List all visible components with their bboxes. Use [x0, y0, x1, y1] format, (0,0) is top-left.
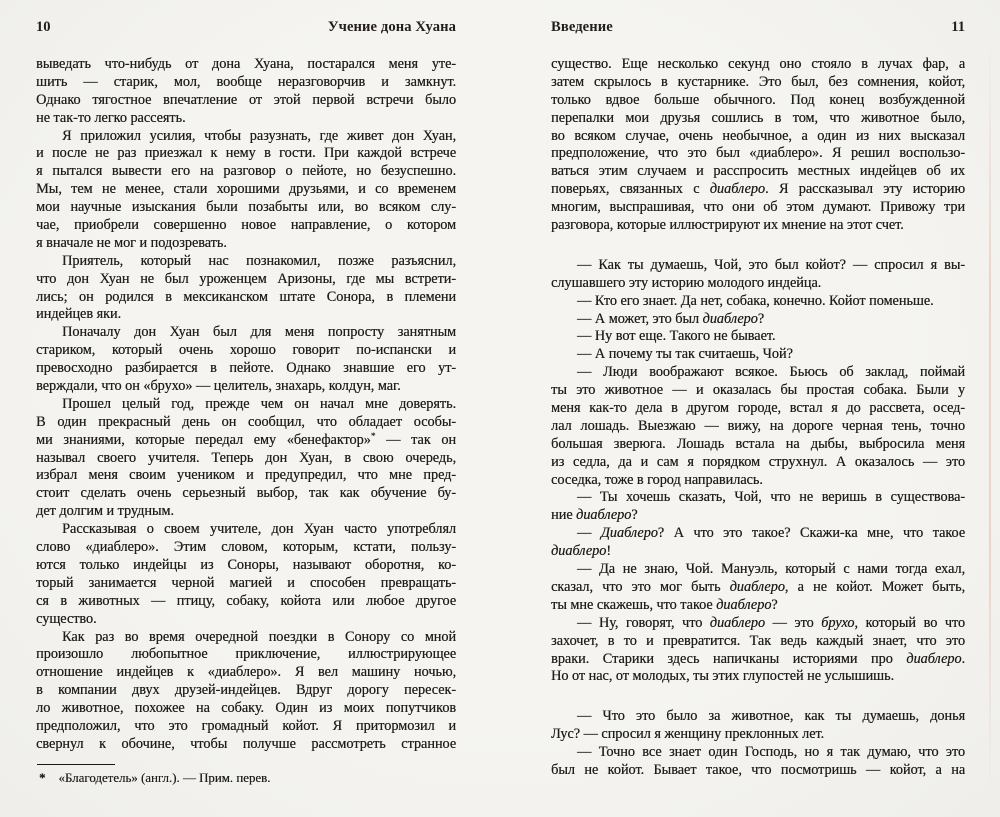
text-segment: я пытался вывести его на разговор о пейо…: [36, 163, 456, 179]
running-head-left: Учение дона Хуана: [328, 19, 456, 36]
right-running-header: Введение 11: [551, 19, 965, 37]
text-line: из седла, да и сам я порядком струхнул. …: [551, 454, 965, 472]
text-segment: ?: [758, 311, 764, 327]
text-line: произошло любопытное приключение, иллюст…: [36, 646, 456, 664]
page-number-left: 10: [36, 19, 51, 36]
text-segment: — Что это было за животное, как ты думае…: [577, 708, 965, 724]
text-line: называл своего учителя. Теперь дон Хуан,…: [36, 450, 456, 468]
paragraph: — А может, это был диаблеро?: [551, 311, 965, 329]
text-segment: — Как ты думаешь, Чой, это был койот? — …: [577, 257, 965, 273]
text-line: индейцев яки.: [36, 306, 456, 324]
paragraph: — Ты хочешь сказать, Чой, что не веришь …: [551, 489, 965, 525]
text-line: — Да не знаю, Чой. Мануэль, который с на…: [551, 561, 965, 579]
text-line: поверьях, связанных с диаблеро. Я расска…: [551, 181, 965, 199]
text-line: верждали, что он «брухо» — целитель, зна…: [36, 378, 456, 396]
text-line: лал лошадь. Выезжаю — вижу, на дороге че…: [551, 418, 965, 436]
text-segment: ты это животное — и оказалась бы простая…: [551, 382, 965, 398]
text-line: — Диаблеро? А что это такое? Скажи-ка мн…: [551, 525, 965, 543]
text-segment: .: [961, 651, 965, 667]
text-line: мои научные изыскания были позабыты или,…: [36, 199, 456, 217]
text-segment: что дон Хуан не был уроженцем Аризоны, г…: [36, 271, 456, 287]
text-segment: многим, выспрашивая, что они об этом дум…: [551, 199, 965, 215]
footnote-marker: *: [36, 771, 58, 785]
text-line: Мы, тем не менее, стали хорошими друзьям…: [36, 181, 456, 199]
text-segment: большая зверюга. Лошадь встала на дыбы, …: [551, 436, 965, 452]
text-line: соседка, тоже в город направилась.: [551, 472, 965, 490]
text-segment: выведать что-нибудь от дона Хуана, поста…: [36, 56, 456, 72]
paragraph: — Ну, говорят, что диаблеро — это брухо,…: [551, 615, 965, 687]
text-segment: диаблеро: [710, 181, 765, 197]
text-line: — А может, это был диаблеро?: [551, 311, 965, 329]
text-line: ми знаниями, которые передал ему «бенефа…: [36, 432, 456, 450]
text-segment: — Да не знаю, Чой. Мануэль, который с на…: [577, 561, 965, 577]
paragraph: — Точно все знает один Господь, но я так…: [551, 744, 965, 780]
text-segment: — А почему ты так считаешь, Чой?: [577, 346, 793, 362]
text-segment: В один прекрасный день он сообщил, что о…: [36, 414, 456, 430]
right-page-body: существо. Еще несколько секунд оно стоял…: [551, 56, 965, 780]
text-segment: меня как-то дела в другом городе, встал …: [551, 400, 965, 416]
text-segment: соседка, тоже в город направилась.: [551, 472, 763, 488]
text-segment: Прошел целый год, прежде чем он начал мн…: [62, 396, 456, 412]
text-segment: диаблеро: [716, 597, 771, 613]
text-segment: поверьях, связанных с: [551, 181, 710, 197]
text-line: существо.: [36, 611, 456, 629]
text-line: только вдвое больше обычного. Под конец …: [551, 92, 965, 110]
text-segment: предположил, что это громадный койот. Я …: [36, 718, 456, 734]
text-line: отношение индейцев к «диаблеро». Я вел м…: [36, 664, 456, 682]
text-segment: в компании двух друзей-индейцев. Вдруг д…: [36, 682, 456, 698]
text-segment: (англ.). —: [138, 771, 199, 785]
text-segment: перепалки мои друзья сошлись в том, что …: [551, 110, 965, 126]
text-segment: разговора, которые иллюстрируют их мнени…: [551, 217, 904, 233]
text-segment: диаблеро: [730, 579, 785, 595]
text-line: существо. Еще несколько секунд оно стоял…: [551, 56, 965, 74]
text-line: — Ну вот еще. Такого не бывает.: [551, 328, 965, 346]
text-line: ся в животных — птицу, собаку, койота ил…: [36, 593, 456, 611]
text-line: не так-то легко рассеять.: [36, 110, 456, 128]
text-line: ются только индейцы из Соноры, называют …: [36, 557, 456, 575]
text-segment: — Точно все знает один Господь, но я так…: [577, 744, 965, 760]
text-segment: . Я рассказывал эту историю: [765, 181, 965, 197]
footnote-body: «Благодетель» (англ.). — Прим. перев.: [58, 771, 270, 785]
text-segment: — А может, это был: [577, 311, 703, 327]
text-segment: существо. Еще несколько секунд оно стоял…: [551, 56, 965, 72]
page-number-right: 11: [951, 19, 965, 36]
text-line: затем скрылось в кустарнике. Это был, бе…: [551, 74, 965, 92]
text-segment: произошло любопытное приключение, иллюст…: [36, 646, 456, 662]
text-line: ты это животное — и оказалась бы простая…: [551, 382, 965, 400]
text-line: — Кто его знает. Да нет, собака, конечно…: [551, 293, 965, 311]
text-line: стариком, который очень хорошо говорит п…: [36, 342, 456, 360]
text-line: Приятель, который нас познакомил, позже …: [36, 253, 456, 271]
text-line: Прошел целый год, прежде чем он начал мн…: [36, 396, 456, 414]
text-segment: — так он: [375, 432, 456, 448]
text-segment: слушавшего эту историю молодого индейца.: [551, 275, 821, 291]
text-line: Как раз во время очередной поездки в Сон…: [36, 629, 456, 647]
paragraph: — А почему ты так считаешь, Чой?: [551, 346, 965, 364]
right-page: Введение 11 существо. Еще несколько секу…: [551, 0, 965, 817]
paragraph: Как раз во время очередной поездки в Сон…: [36, 629, 456, 754]
text-segment: индейцев яки.: [36, 306, 121, 322]
text-segment: Но от нас, от молодых, ты этих глупостей…: [551, 668, 894, 684]
text-line: выведать что-нибудь от дона Хуана, поста…: [36, 56, 456, 74]
text-line: что дон Хуан не был уроженцем Аризоны, г…: [36, 271, 456, 289]
text-line: Но от нас, от молодых, ты этих глупостей…: [551, 668, 965, 686]
text-line: разговора, которые иллюстрируют их мнени…: [551, 217, 965, 235]
text-segment: я вначале не мог и подозревать.: [36, 235, 227, 251]
text-line: захочет, в то и превратится. Так ведь ка…: [551, 633, 965, 651]
text-segment: — Ну, говорят, что: [577, 615, 710, 631]
text-segment: существо.: [36, 611, 97, 627]
text-line: Лус? — спросил я женщину преклонных лет.: [551, 726, 965, 744]
text-line: Поначалу дон Хуан был для меня попросту …: [36, 324, 456, 342]
text-segment: слово «диаблеро». Этим словом, которым, …: [36, 539, 456, 555]
text-line: слово «диаблеро». Этим словом, которым, …: [36, 539, 456, 557]
text-segment: ло животное, похожее на собаку. Один из …: [36, 700, 456, 716]
text-line: враки. Старики здесь напичканы историями…: [551, 651, 965, 669]
text-segment: и после не раз приезжал к нему в гости. …: [36, 145, 456, 161]
text-segment: отношение индейцев к «диаблеро». Я вел м…: [36, 664, 456, 680]
text-segment: только вдвое больше обычного. Под конец …: [551, 92, 965, 108]
text-line: Однако тягостное впечатление от этой пер…: [36, 92, 456, 110]
text-line: ты мне скажешь, что такое диаблеро?: [551, 597, 965, 615]
text-segment: диаблеро: [906, 651, 961, 667]
text-segment: диаблеро: [576, 507, 631, 523]
text-line: — Ты хочешь сказать, Чой, что не веришь …: [551, 489, 965, 507]
text-line: торый занимается черной магией и способе…: [36, 575, 456, 593]
text-segment: стариком, который очень хорошо говорит п…: [36, 342, 456, 358]
paragraph: — Ну вот еще. Такого не бывает.: [551, 328, 965, 346]
text-segment: свернул к обочине, чтобы получше рассмот…: [36, 736, 456, 752]
text-segment: из седла, да и сам я порядком струхнул. …: [551, 454, 965, 470]
text-line: меня как-то дела в другом городе, встал …: [551, 400, 965, 418]
text-line: я пытался вывести его на разговор о пейо…: [36, 163, 456, 181]
text-segment: ются только индейцы из Соноры, называют …: [36, 557, 456, 573]
running-head-right: Введение: [551, 19, 613, 36]
paragraph: — Как ты думаешь, Чой, это был койот? — …: [551, 257, 965, 293]
text-line: был не койот. Бывает такое, что посмотри…: [551, 762, 965, 780]
text-segment: Однако тягостное впечатление от этой пер…: [36, 92, 456, 108]
scan-edge-artifact: [989, 0, 991, 817]
text-line: — Как ты думаешь, Чой, это был койот? — …: [551, 257, 965, 275]
text-line: сказал, что это мог быть диаблеро, а не …: [551, 579, 965, 597]
text-segment: — Люди воображают всякое. Бьюсь об закла…: [577, 364, 965, 380]
paragraph: Рассказывая о своем учителе, дон Хуан ча…: [36, 521, 456, 628]
text-segment: сказал, что это мог быть: [551, 579, 730, 595]
text-line: ло животное, похожее на собаку. Один из …: [36, 700, 456, 718]
text-segment: , а не койот. Может быть,: [785, 579, 965, 595]
text-segment: ние: [551, 507, 576, 523]
text-line: чае, приобрели совершенно новое направле…: [36, 217, 456, 235]
text-segment: Как раз во время очередной поездки в Сон…: [62, 629, 456, 645]
text-line: — Ну, говорят, что диаблеро — это брухо,…: [551, 615, 965, 633]
text-segment: Я приложил усилия, чтобы разузнать, где …: [62, 128, 456, 144]
text-line: свернул к обочине, чтобы получше рассмот…: [36, 736, 456, 754]
footnote-text: *«Благодетель» (англ.). — Прим. перев.: [36, 770, 456, 786]
text-line: перепалки мои друзья сошлись в том, что …: [551, 110, 965, 128]
text-segment: стоит сделать очень серьезный выбор, так…: [36, 485, 456, 501]
text-line: превосходно разбирается в пейоте. Однако…: [36, 360, 456, 378]
text-line: предположение, что это был «диаблеро». Я…: [551, 145, 965, 163]
footnote-rule: [37, 764, 115, 765]
paragraph: — Диаблеро? А что это такое? Скажи-ка мн…: [551, 525, 965, 561]
text-line: ваться этим случаем и расспросить местны…: [551, 163, 965, 181]
text-segment: ваться этим случаем и расспросить местны…: [551, 163, 965, 179]
text-segment: ми знаниями, которые передал ему «бенефа…: [36, 432, 371, 448]
text-segment: — Ты хочешь сказать, Чой, что не веришь …: [577, 489, 965, 505]
text-segment: !: [606, 543, 611, 559]
text-line: слушавшего эту историю молодого индейца.: [551, 275, 965, 293]
text-segment: дет долгим и трудным.: [36, 503, 174, 519]
text-line: шить — старик, мол, вообще неразговорчив…: [36, 74, 456, 92]
text-segment: Рассказывая о своем учителе, дон Хуан ча…: [62, 521, 456, 537]
text-segment: Поначалу дон Хуан был для меня попросту …: [62, 324, 456, 340]
paragraph: выведать что-нибудь от дона Хуана, поста…: [36, 56, 456, 128]
text-segment: не так-то легко рассеять.: [36, 110, 186, 126]
text-line: — Что это было за животное, как ты думае…: [551, 708, 965, 726]
text-segment: во всяком случае, очень необычное, а оди…: [551, 128, 965, 144]
paragraph: Я приложил усилия, чтобы разузнать, где …: [36, 128, 456, 253]
text-line: ние диаблеро?: [551, 507, 965, 525]
left-running-header: 10 Учение дона Хуана: [36, 19, 456, 37]
text-segment: — это: [765, 615, 821, 631]
left-page-body: выведать что-нибудь от дона Хуана, поста…: [36, 56, 456, 754]
text-line: Рассказывая о своем учителе, дон Хуан ча…: [36, 521, 456, 539]
text-line: В один прекрасный день он сообщил, что о…: [36, 414, 456, 432]
paragraph: Прошел целый год, прежде чем он начал мн…: [36, 396, 456, 521]
text-segment: ся в животных — птицу, собаку, койота ил…: [36, 593, 456, 609]
text-segment: Диаблеро: [601, 525, 658, 541]
text-line: — А почему ты так считаешь, Чой?: [551, 346, 965, 364]
text-segment: называл своего учителя. Теперь дон Хуан,…: [36, 450, 456, 466]
text-segment: затем скрылось в кустарнике. Это был, бе…: [551, 74, 965, 90]
text-segment: брухо: [821, 615, 854, 631]
text-line: лись; он родился в мексиканском штате Со…: [36, 289, 456, 307]
text-segment: ?: [771, 597, 777, 613]
text-segment: диаблеро: [551, 543, 606, 559]
text-segment: лал лошадь. Выезжаю — вижу, на дороге че…: [551, 418, 965, 434]
text-line: избрал меня своим учеником и предупредил…: [36, 467, 456, 485]
paragraph: — Люди воображают всякое. Бьюсь об закла…: [551, 364, 965, 489]
text-segment: Мы, тем не менее, стали хорошими друзьям…: [36, 181, 456, 197]
text-line: во всяком случае, очень необычное, а оди…: [551, 128, 965, 146]
text-segment: захочет, в то и превратится. Так ведь ка…: [551, 633, 965, 649]
text-segment: избрал меня своим учеником и предупредил…: [36, 467, 456, 483]
paragraph: Приятель, который нас познакомил, позже …: [36, 253, 456, 325]
text-segment: лись; он родился в мексиканском штате Со…: [36, 289, 456, 305]
text-line: диаблеро!: [551, 543, 965, 561]
text-line: — Люди воображают всякое. Бьюсь об закла…: [551, 364, 965, 382]
text-segment: ты мне скажешь, что такое: [551, 597, 716, 613]
text-segment: Приятель, который нас познакомил, позже …: [62, 253, 456, 269]
text-segment: торый занимается черной магией и способе…: [36, 575, 456, 591]
text-line: я вначале не мог и подозревать.: [36, 235, 456, 253]
text-segment: превосходно разбирается в пейоте. Однако…: [36, 360, 456, 376]
paragraph: существо. Еще несколько секунд оно стоял…: [551, 56, 965, 235]
text-segment: верждали, что он «брухо» — целитель, зна…: [36, 378, 401, 394]
text-segment: , который во что: [854, 615, 965, 631]
text-segment: шить — старик, мол, вообще неразговорчив…: [36, 74, 456, 90]
text-segment: мои научные изыскания были позабыты или,…: [36, 199, 456, 215]
paragraph: Поначалу дон Хуан был для меня попросту …: [36, 324, 456, 396]
text-segment: диаблеро: [710, 615, 765, 631]
text-segment: предположение, что это был «диаблеро». Я…: [551, 145, 965, 161]
text-segment: чае, приобрели совершенно новое направле…: [36, 217, 456, 233]
paragraph: — Да не знаю, Чой. Мануэль, который с на…: [551, 561, 965, 615]
text-segment: Прим. перев.: [199, 771, 270, 785]
footnote: *«Благодетель» (англ.). — Прим. перев.: [36, 764, 456, 786]
paragraph: — Кто его знает. Да нет, собака, конечно…: [551, 293, 965, 311]
text-line: — Точно все знает один Господь, но я так…: [551, 744, 965, 762]
text-line: в компании двух друзей-индейцев. Вдруг д…: [36, 682, 456, 700]
text-line: многим, выспрашивая, что они об этом дум…: [551, 199, 965, 217]
text-segment: Лус? — спросил я женщину преклонных лет.: [551, 726, 824, 742]
text-line: и после не раз приезжал к нему в гости. …: [36, 145, 456, 163]
text-segment: — Ну вот еще. Такого не бывает.: [577, 328, 775, 344]
left-page: 10 Учение дона Хуана выведать что-нибудь…: [36, 0, 456, 817]
text-segment: враки. Старики здесь напичканы историями…: [551, 651, 906, 667]
text-line: большая зверюга. Лошадь встала на дыбы, …: [551, 436, 965, 454]
text-segment: — Кто его знает. Да нет, собака, конечно…: [577, 293, 934, 309]
text-segment: был не койот. Бывает такое, что посмотри…: [551, 762, 965, 778]
text-segment: ?: [631, 507, 637, 523]
text-line: предположил, что это громадный койот. Я …: [36, 718, 456, 736]
text-segment: диаблеро: [703, 311, 758, 327]
text-segment: «Благодетель»: [58, 771, 137, 785]
text-line: Я приложил усилия, чтобы разузнать, где …: [36, 128, 456, 146]
text-line: стоит сделать очень серьезный выбор, так…: [36, 485, 456, 503]
text-segment: —: [577, 525, 601, 541]
text-segment: ? А что это такое? Скажи-ка мне, что так…: [658, 525, 965, 541]
text-line: дет долгим и трудным.: [36, 503, 456, 521]
paragraph: — Что это было за животное, как ты думае…: [551, 708, 965, 744]
